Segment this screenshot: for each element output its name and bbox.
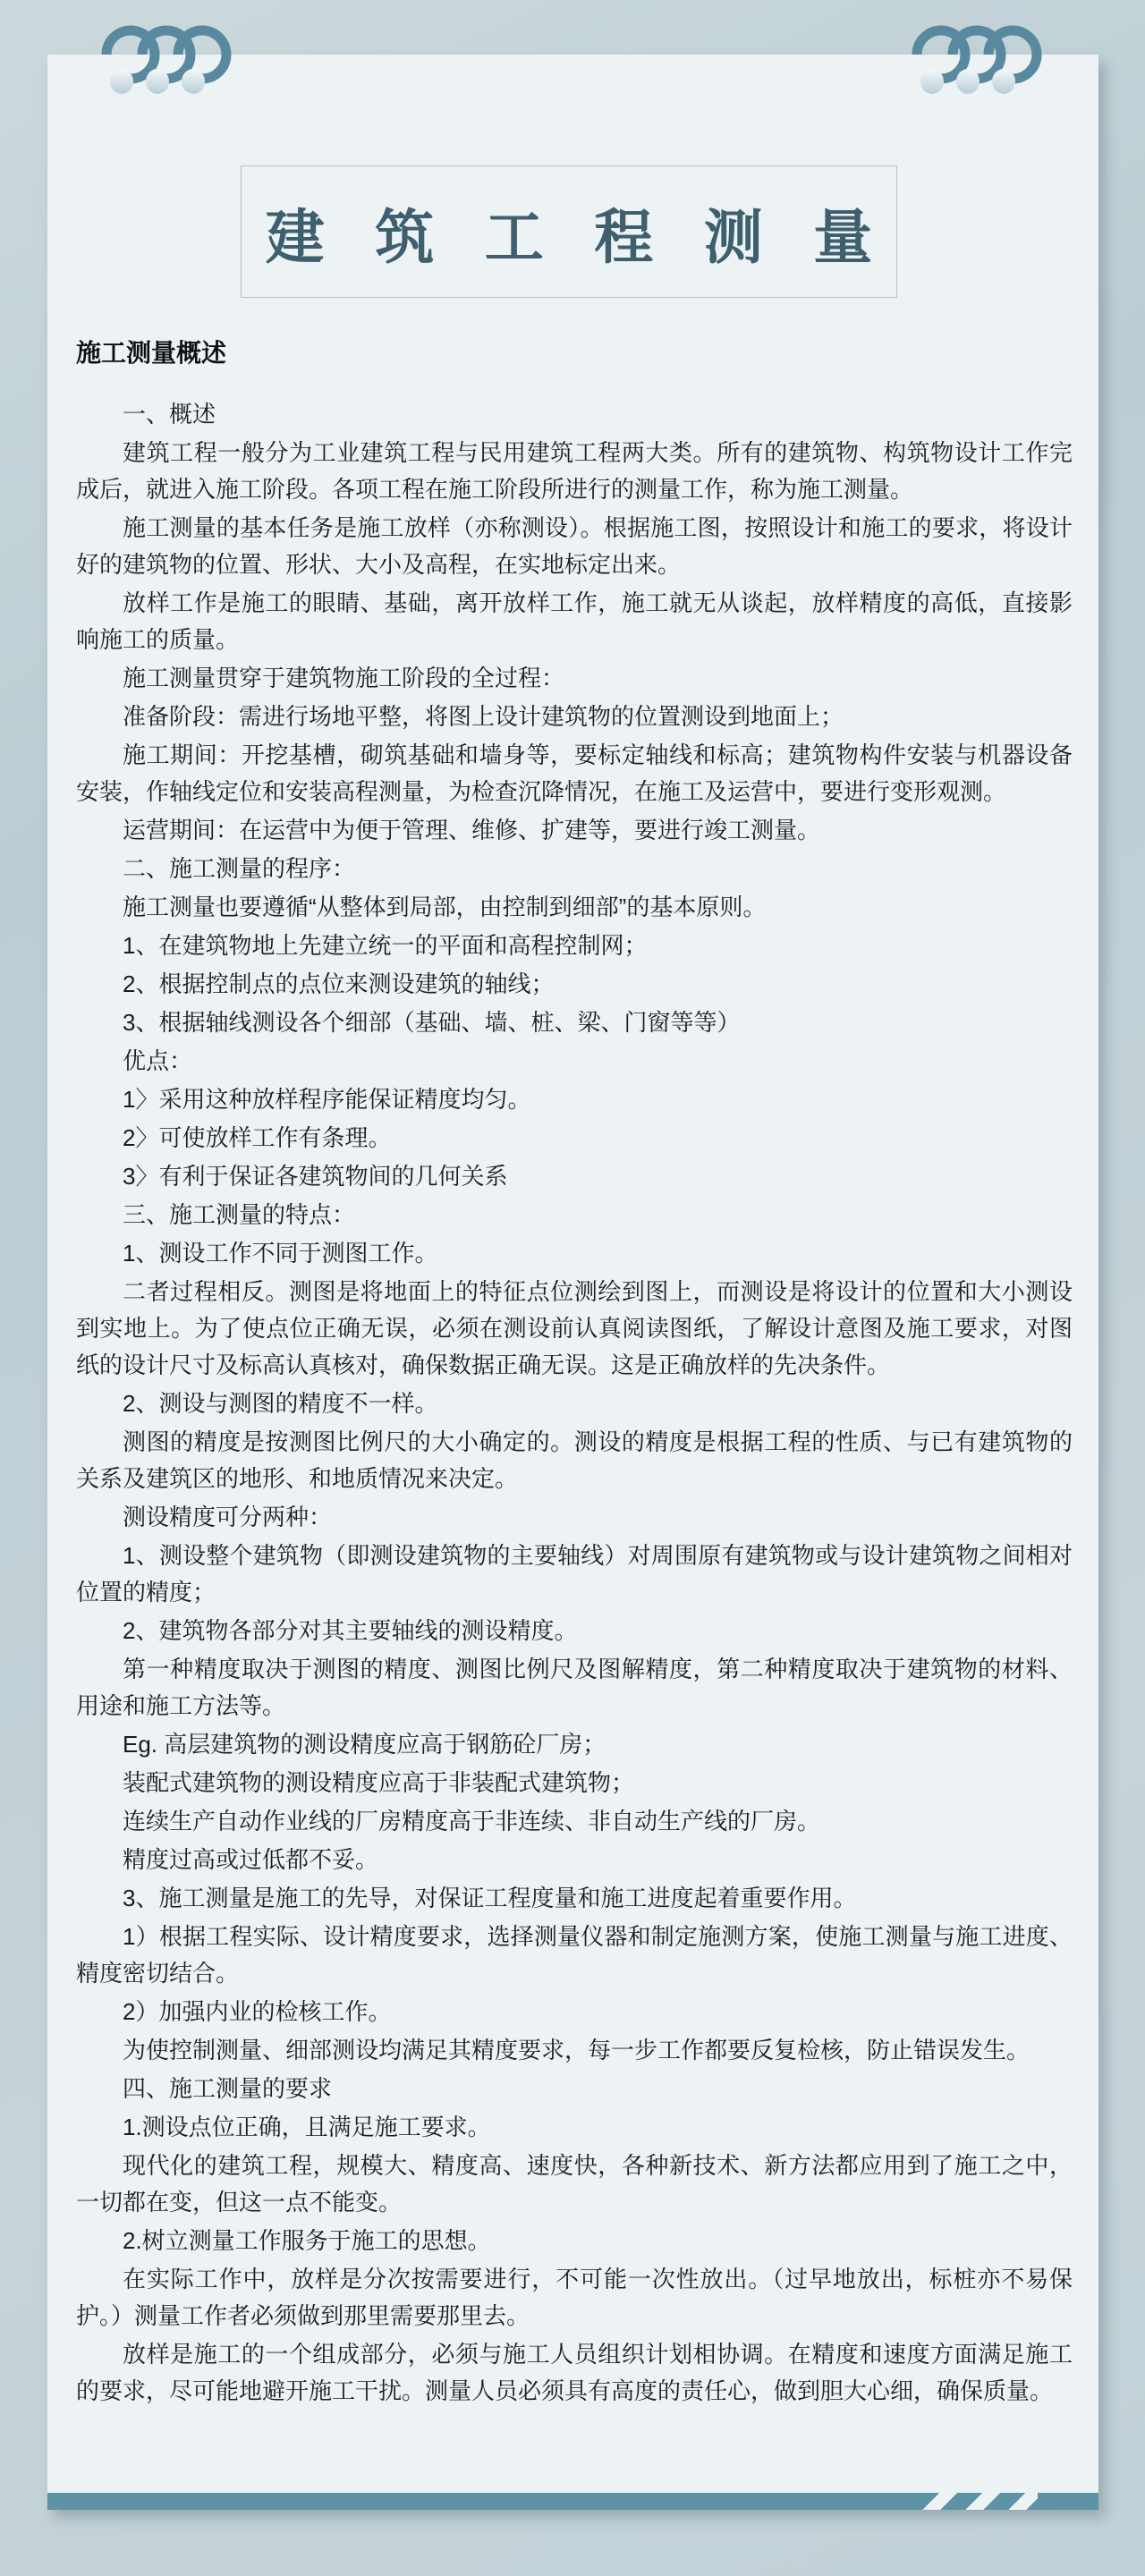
paragraph: 连续生产自动作业线的厂房精度高于非连续、非自动生产线的厂房。 xyxy=(76,1803,1073,1840)
paragraph: 第一种精度取决于测图的精度、测图比例尺及图解精度，第二种精度取决于建筑物的材料、… xyxy=(76,1651,1073,1724)
paragraph: 运营期间：在运营中为便于管理、维修、扩建等，要进行竣工测量。 xyxy=(76,812,1073,849)
binder-rings-icon xyxy=(911,24,1043,100)
paragraph: 2）加强内业的检核工作。 xyxy=(76,1994,1073,2030)
paragraph: 施工测量的基本任务是施工放样（亦称测设）。根据施工图，按照设计和施工的要求，将设… xyxy=(76,510,1073,583)
paragraph: 2〉可使放样工作有条理。 xyxy=(76,1120,1073,1157)
paragraph: 1、测设工作不同于测图工作。 xyxy=(76,1235,1073,1272)
paragraph: 二者过程相反。测图是将地面上的特征点位测绘到图上，而测设是将设计的位置和大小测设… xyxy=(76,1274,1073,1384)
paragraph: 施工测量贯穿于建筑物施工阶段的全过程： xyxy=(76,660,1073,697)
paragraph: 2、根据控制点的点位来测设建筑的轴线； xyxy=(76,966,1073,1003)
paragraph: 3、施工测量是施工的先导，对保证工程度量和施工进度起着重要作用。 xyxy=(76,1880,1073,1917)
diagonal-stripes-decoration xyxy=(914,2493,1038,2510)
paragraph: 在实际工作中，放样是分次按需要进行，不可能一次性放出。（过早地放出，标桩亦不易保… xyxy=(76,2261,1073,2334)
paragraph: 准备阶段：需进行场地平整，将图上设计建筑物的位置测设到地面上； xyxy=(76,699,1073,735)
paragraph: 放样是施工的一个组成部分，必须与施工人员组织计划相协调。在精度和速度方面满足施工… xyxy=(76,2336,1073,2410)
document-body: 施工测量概述 一、概述建筑工程一般分为工业建筑工程与民用建筑工程两大类。所有的建… xyxy=(76,334,1073,2411)
paragraph: 1）根据工程实际、设计精度要求，选择测量仪器和制定施测方案，使施工测量与施工进度… xyxy=(76,1919,1073,1992)
paragraph: 测图的精度是按测图比例尺的大小确定的。测设的精度是根据工程的性质、与已有建筑物的… xyxy=(76,1424,1073,1497)
paragraph: 1、测设整个建筑物（即测设建筑物的主要轴线）对周围原有建筑物或与设计建筑物之间相… xyxy=(76,1538,1073,1611)
paragraph: 1〉采用这种放样程序能保证精度均匀。 xyxy=(76,1081,1073,1118)
paragraph: 建筑工程一般分为工业建筑工程与民用建筑工程两大类。所有的建筑物、构筑物设计工作完… xyxy=(76,435,1073,508)
paragraph: 优点： xyxy=(76,1043,1073,1080)
paragraph: 为使控制测量、细部测设均满足其精度要求，每一步工作都要反复检核，防止错误发生。 xyxy=(76,2032,1073,2069)
paragraph: 现代化的建筑工程，规模大、精度高、速度快，各种新技术、新方法都应用到了施工之中，… xyxy=(76,2148,1073,2221)
title-box: 建 筑 工 程 测 量 xyxy=(241,165,897,298)
document-page: 建 筑 工 程 测 量 施工测量概述 一、概述建筑工程一般分为工业建筑工程与民用… xyxy=(47,55,1098,2510)
paragraph: 放样工作是施工的眼睛、基础，离开放样工作，施工就无从谈起，放样精度的高低，直接影… xyxy=(76,585,1073,658)
paragraph: 3〉有利于保证各建筑物间的几何关系 xyxy=(76,1158,1073,1195)
footer-accent-bar xyxy=(47,2493,1098,2510)
paragraph: 2、建筑物各部分对其主要轴线的测设精度。 xyxy=(76,1613,1073,1649)
paragraph: 2、测设与测图的精度不一样。 xyxy=(76,1385,1073,1422)
paragraph-list: 一、概述建筑工程一般分为工业建筑工程与民用建筑工程两大类。所有的建筑物、构筑物设… xyxy=(76,396,1073,2410)
binder-rings-icon xyxy=(100,24,233,100)
paragraph: 二、施工测量的程序： xyxy=(76,851,1073,887)
paragraph: Eg. 高层建筑物的测设精度应高于钢筋砼厂房； xyxy=(76,1726,1073,1763)
paragraph: 三、施工测量的特点： xyxy=(76,1197,1073,1233)
paragraph: 一、概述 xyxy=(76,396,1073,433)
paragraph: 施工测量也要遵循“从整体到局部，由控制到细部”的基本原则。 xyxy=(76,889,1073,926)
paragraph: 精度过高或过低都不妥。 xyxy=(76,1842,1073,1878)
paragraph: 3、根据轴线测设各个细部（基础、墙、桩、梁、门窗等等） xyxy=(76,1004,1073,1041)
paragraph: 2.树立测量工作服务于施工的思想。 xyxy=(76,2223,1073,2259)
paragraph: 装配式建筑物的测设精度应高于非装配式建筑物； xyxy=(76,1765,1073,1801)
paragraph: 1、在建筑物地上先建立统一的平面和高程控制网； xyxy=(76,928,1073,964)
paragraph: 测设精度可分两种： xyxy=(76,1499,1073,1536)
paragraph: 四、施工测量的要求 xyxy=(76,2071,1073,2107)
section-heading: 施工测量概述 xyxy=(76,334,1073,369)
document-title: 建 筑 工 程 测 量 xyxy=(248,190,891,275)
paragraph: 施工期间：开挖基槽，砌筑基础和墙身等，要标定轴线和标高；建筑物构件安装与机器设备… xyxy=(76,737,1073,810)
paragraph: 1.测设点位正确，且满足施工要求。 xyxy=(76,2109,1073,2146)
